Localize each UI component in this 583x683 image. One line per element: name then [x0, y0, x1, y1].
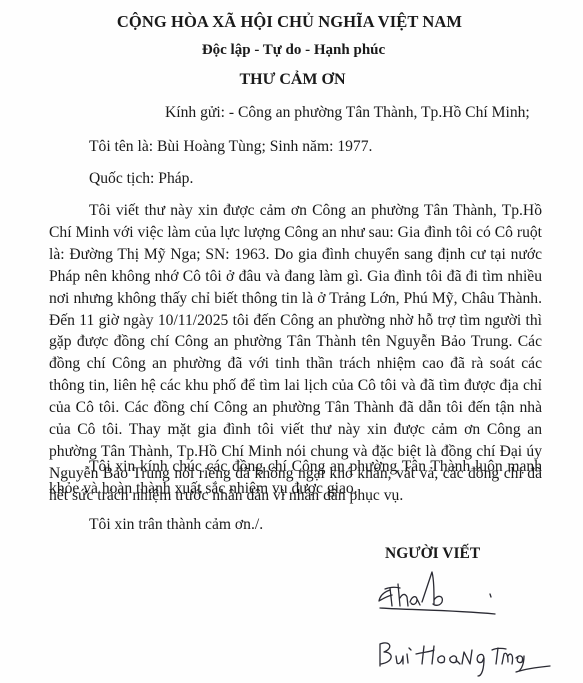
recipient-line: Kính gửi: - Công an phường Tân Thành, Tp…: [165, 104, 530, 122]
wish-paragraph: Tôi xin kính chúc các đồng chí Công an p…: [49, 456, 542, 500]
closing-line: Tôi xin trân thành cảm ơn./.: [49, 514, 542, 536]
handwritten-name-icon: [372, 632, 557, 680]
letter-page: CỘNG HÒA XÃ HỘI CHỦ NGHĨA VIỆT NAM Độc l…: [0, 0, 583, 683]
national-motto: Độc lập - Tự do - Hạnh phúc: [2, 42, 583, 59]
document-title: THƯ CẢM ƠN: [1, 71, 583, 89]
national-title: CỘNG HÒA XÃ HỘI CHỦ NGHĨA VIỆT NAM: [0, 12, 581, 32]
signer-title: NGƯỜI VIẾT: [385, 545, 480, 563]
signature-icon: [372, 568, 502, 616]
sender-name-line: Tôi tên là: Bùi Hoàng Tùng; Sinh năm: 19…: [89, 138, 372, 156]
sender-nationality-line: Quốc tịch: Pháp.: [89, 170, 193, 188]
